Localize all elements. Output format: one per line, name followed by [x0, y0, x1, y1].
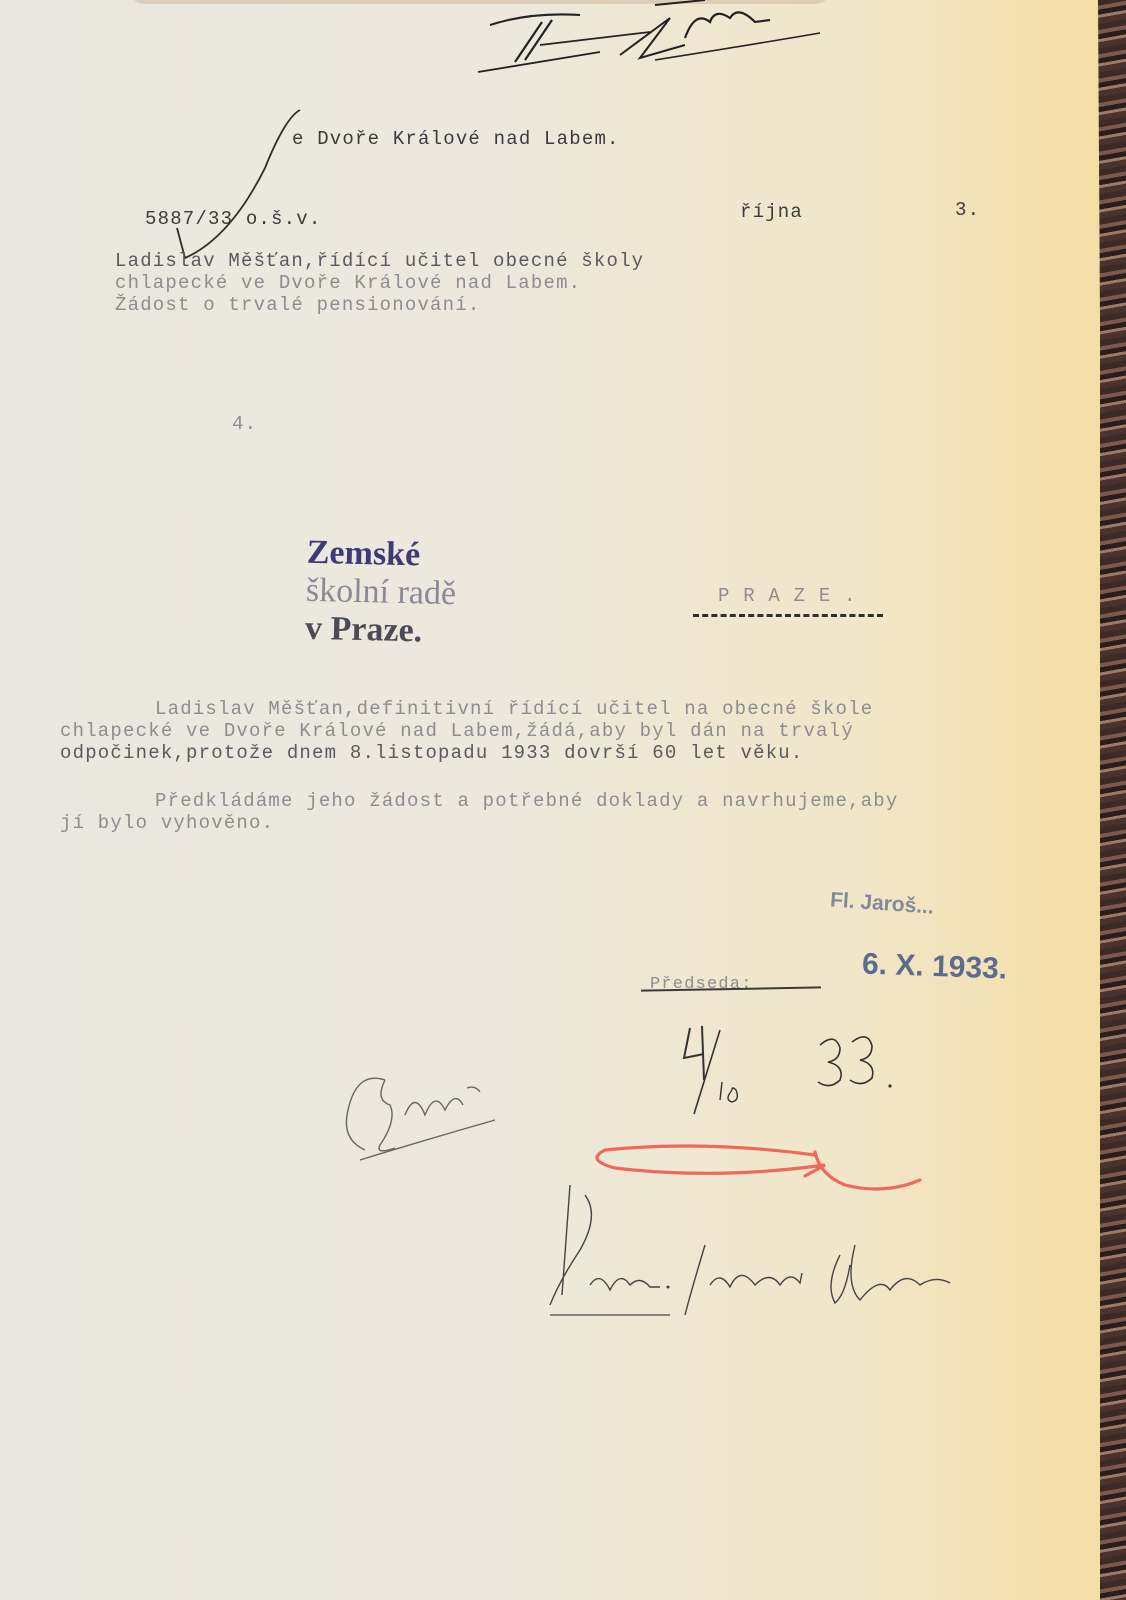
checkmark-pen-stroke	[175, 108, 305, 268]
addressee-stamp-part-3: v Praze.	[305, 610, 423, 650]
received-stamp-name: Fl. Jaroš...	[829, 888, 934, 919]
handwriting-glyph	[335, 1060, 505, 1170]
city-underline	[693, 614, 883, 620]
enclosure-count: 4.	[232, 413, 257, 435]
reference-number: 5887/33 o.š.v.	[145, 208, 321, 230]
handwriting-glyph	[680, 1020, 920, 1120]
top-handwritten-annotation	[470, 0, 840, 85]
body-paragraph-2-line-2: jí bylo vyhověno.	[60, 812, 274, 834]
body-paragraph-1-line-1: Ladislav Měšťan,definitivní řídící učite…	[155, 698, 873, 720]
body-paragraph-1-line-2: chlapecké ve Dvoře Králové nad Labem,žád…	[60, 720, 854, 742]
handwritten-date	[680, 1020, 920, 1125]
handwritten-disposition	[540, 1175, 970, 1330]
sender-line: e Dvoře Králové nad Labem.	[292, 128, 620, 150]
addressee-stamp-part-1: Zemské	[306, 534, 420, 574]
body-paragraph-1-line-3: odpočinek,protože dnem 8.listopadu 1933 …	[60, 742, 804, 764]
subject-line-2: chlapecké ve Dvoře Králové nad Labem.	[115, 272, 581, 294]
addressee-stamp-part-2: školní radě	[306, 572, 457, 612]
received-stamp-date: 6. X. 1933.	[861, 947, 1007, 986]
reference-day: 3.	[955, 199, 980, 221]
subject-line-3: Žádost o trvalé pensionování.	[115, 294, 480, 316]
reference-month: října	[740, 201, 803, 223]
handwriting-glyph	[470, 0, 840, 80]
document-page: e Dvoře Králové nad Labem. 5887/33 o.š.v…	[0, 0, 1100, 1600]
subject-line-1: Ladislav Měšťan,řídící učitel obecné ško…	[115, 250, 644, 272]
handwritten-initials	[335, 1060, 505, 1175]
addressee-stamp: Zemské školní radě v Praze.	[270, 495, 458, 689]
handwriting-glyph	[540, 1175, 970, 1325]
body-paragraph-2-line-1: Předkládáme jeho žádost a potřebné dokla…	[155, 790, 899, 812]
background-surface	[1096, 0, 1126, 1600]
addressee-city: P R A Z E .	[718, 585, 857, 607]
